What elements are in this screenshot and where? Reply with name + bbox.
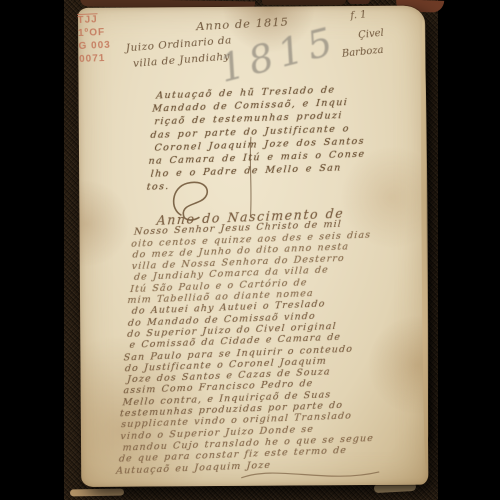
folio-mark: f. 1: [350, 8, 383, 23]
folio-mark: Çivel: [358, 28, 385, 42]
descender-flourish: [247, 137, 256, 217]
photo-backdrop: TJJ 1ºOF G 003 0071 Anno de 1815 f. 1 Çi…: [0, 0, 500, 500]
manuscript-page: TJJ 1ºOF G 003 0071 Anno de 1815 f. 1 Çi…: [78, 6, 428, 487]
folio-mark: Barboza: [341, 45, 386, 61]
closing-flourish: [241, 468, 381, 483]
bottom-page-sliver: [70, 489, 124, 497]
body-paragraph: Anno do Nascimento de Nosso Senhor Jesus…: [118, 205, 420, 477]
